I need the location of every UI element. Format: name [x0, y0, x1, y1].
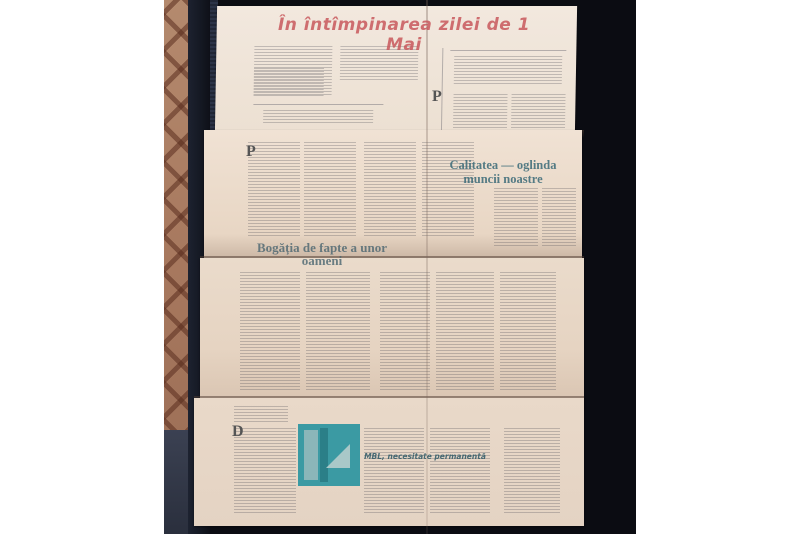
newspaper: În întîmpinarea zilei de 1 Mai Calitatea… — [164, 0, 636, 534]
article-headline-deeds: Bogăția de fapte a unor oameni — [222, 241, 422, 267]
dropcap: D — [232, 423, 244, 441]
article-headline-mbl: MBL, necesitate permanentă — [360, 452, 490, 461]
main-headline: În întîmpinarea zilei de 1 Mai — [264, 15, 544, 55]
newspaper-photo: În întîmpinarea zilei de 1 Mai Calitatea… — [164, 0, 636, 534]
dropcap: P — [246, 143, 256, 161]
teal-illustration — [298, 424, 360, 486]
headline-line: Calitatea — oglinda — [428, 158, 578, 172]
headline-line: muncii noastre — [428, 172, 578, 186]
third-panel — [200, 258, 584, 408]
dropcap: P — [432, 88, 442, 106]
article-headline-quality: Calitatea — oglinda muncii noastre — [428, 158, 578, 186]
headline-line: oameni — [222, 254, 422, 267]
bottom-panel — [194, 398, 584, 526]
